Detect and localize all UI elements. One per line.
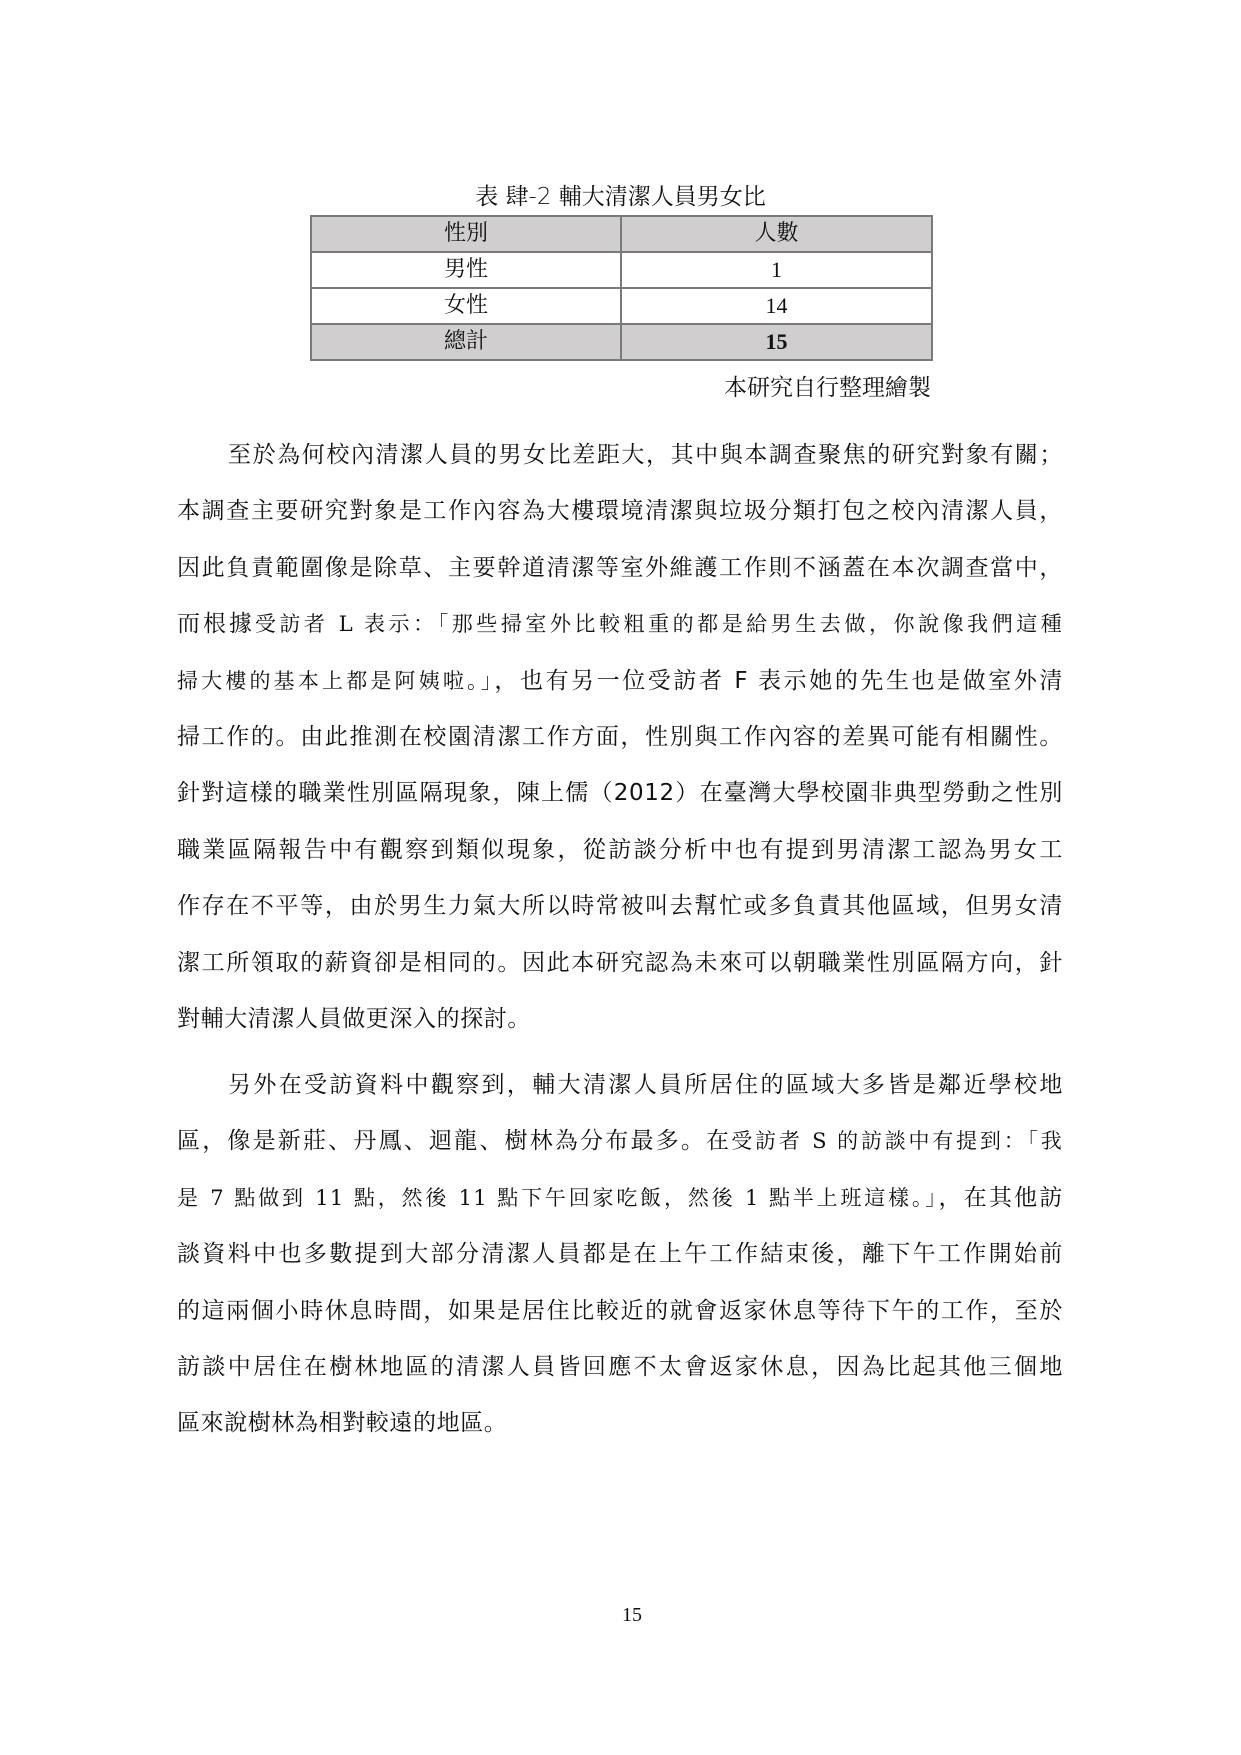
cell-count: 1 — [621, 252, 932, 288]
interview-quote: 受訪者 L 表示：「那些掃室外比較粗重的都是給男生去做，你說像我們這種 — [255, 612, 1063, 636]
table-row: 女性 14 — [311, 288, 932, 324]
cell-gender: 男性 — [311, 252, 621, 288]
text-segment: 對輔大清潔人員做更深入的探討。 — [177, 1006, 531, 1032]
text-line: 訪談中居住在樹林地區的清潔人員皆回應不太會返家休息，因為比起其他三個地 — [177, 1339, 1063, 1395]
text-segment: 潔工所領取的薪資卻是相同的。因此本研究認為未來可以朝職業性別區隔方向，針 — [177, 950, 1063, 976]
page-number: 15 — [600, 1600, 664, 1630]
text-segment: 作存在不平等，由於男生力氣大所以時常被叫去幫忙或多負責其他區域，但男女清 — [177, 893, 1063, 919]
text-line: 掃工作的。由此推測在校園清潔工作方面，性別與工作內容的差異可能有相關性。 — [177, 709, 1063, 765]
header-count: 人數 — [621, 216, 932, 252]
text-line: 是 7 點做到 11 點，然後 11 點下午回家吃飯，然後 1 點半上班這樣。」… — [177, 1170, 1063, 1226]
text-line: 談資料中也多數提到大部分清潔人員都是在上午工作結束後，離下午工作開始前 — [177, 1226, 1063, 1282]
text-line: 的這兩個小時休息時間，如果是居住比較近的就會返家休息等待下午的工作，至於 — [177, 1283, 1063, 1339]
text-segment: 掃工作的。由此推測在校園清潔工作方面，性別與工作內容的差異可能有相關性。 — [177, 724, 1063, 750]
text-line: 而根據受訪者 L 表示：「那些掃室外比較粗重的都是給男生去做，你說像我們這種 — [177, 596, 1063, 652]
text-segment: 針對這樣的職業性別區隔現象，陳上儒（2012）在臺灣大學校園非典型勞動之性別 — [177, 780, 1063, 806]
text-segment: 而根據 — [177, 611, 255, 637]
table-row: 男性 1 — [311, 252, 932, 288]
total-count: 15 — [621, 324, 932, 360]
text-segment: 區來說樹林為相對較遠的地區。 — [177, 1410, 507, 1436]
table-caption: 表 肆-2 輔大清潔人員男女比 — [310, 180, 931, 214]
text-segment: 的這兩個小時休息時間，如果是居住比較近的就會返家休息等待下午的工作，至於 — [177, 1298, 1063, 1324]
document-page: 表 肆-2 輔大清潔人員男女比 性別 人數 男性 1 女性 14 總計 15 本… — [0, 0, 1241, 1755]
text-line: 因此負責範圍像是除草、主要幹道清潔等室外維護工作則不涵蓋在本次調查當中， — [177, 540, 1063, 596]
text-segment: 區，像是新莊、丹鳳、迴龍、樹林為分布最多。在 — [177, 1128, 731, 1154]
text-line: 區，像是新莊、丹鳳、迴龍、樹林為分布最多。在受訪者 S 的訪談中有提到：「我 — [177, 1113, 1063, 1169]
text-segment: 因此負責範圍像是除草、主要幹道清潔等室外維護工作則不涵蓋在本次調查當中， — [177, 555, 1063, 581]
text-line: 至於為何校內清潔人員的男女比差距大，其中與本調查聚焦的研究對象有關； — [177, 427, 1063, 483]
text-segment: 至於為何校內清潔人員的男女比差距大，其中與本調查聚焦的研究對象有關； — [228, 442, 1063, 468]
interview-quote: 受訪者 S 的訪談中有提到：「我 — [731, 1129, 1063, 1153]
text-segment: 談資料中也多數提到大部分清潔人員都是在上午工作結束後，離下午工作開始前 — [177, 1241, 1063, 1267]
text-segment: 訪談中居住在樹林地區的清潔人員皆回應不太會返家休息，因為比起其他三個地 — [177, 1354, 1063, 1380]
text-segment: 職業區隔報告中有觀察到類似現象，從訪談分析中也有提到男清潔工認為男女工 — [177, 837, 1063, 863]
text-line: 作存在不平等，由於男生力氣大所以時常被叫去幫忙或多負責其他區域，但男女清 — [177, 878, 1063, 934]
text-line: 針對這樣的職業性別區隔現象，陳上儒（2012）在臺灣大學校園非典型勞動之性別 — [177, 765, 1063, 821]
cell-gender: 女性 — [311, 288, 621, 324]
text-line: 另外在受訪資料中觀察到，輔大清潔人員所居住的區域大多皆是鄰近學校地 — [177, 1057, 1063, 1113]
header-gender: 性別 — [311, 216, 621, 252]
text-line: 本調查主要研究對象是工作內容為大樓環境清潔與垃圾分類打包之校內清潔人員， — [177, 483, 1063, 539]
cell-count: 14 — [621, 288, 932, 324]
table-source-note: 本研究自行整理繪製 — [600, 370, 931, 406]
table-total-row: 總計 15 — [311, 324, 932, 360]
total-label: 總計 — [311, 324, 621, 360]
paragraph-residence: 另外在受訪資料中觀察到，輔大清潔人員所居住的區域大多皆是鄰近學校地區，像是新莊、… — [177, 1057, 1063, 1452]
text-segment: ，在其他訪 — [939, 1185, 1063, 1211]
text-segment: 另外在受訪資料中觀察到，輔大清潔人員所居住的區域大多皆是鄰近學校地 — [228, 1072, 1063, 1098]
text-line: 掃大樓的基本上都是阿姨啦。」，也有另一位受訪者 F 表示她的先生也是做室外清 — [177, 653, 1063, 709]
paragraph-gender-ratio: 至於為何校內清潔人員的男女比差距大，其中與本調查聚焦的研究對象有關；本調查主要研… — [177, 427, 1063, 1047]
interview-quote: 是 7 點做到 11 點，然後 11 點下午回家吃飯，然後 1 點半上班這樣。」 — [177, 1186, 939, 1210]
text-line: 區來說樹林為相對較遠的地區。 — [177, 1395, 1063, 1451]
text-line: 職業區隔報告中有觀察到類似現象，從訪談分析中也有提到男清潔工認為男女工 — [177, 822, 1063, 878]
text-line: 對輔大清潔人員做更深入的探討。 — [177, 991, 1063, 1047]
interview-quote: 掃大樓的基本上都是阿姨啦。」 — [177, 669, 494, 693]
text-line: 潔工所領取的薪資卻是相同的。因此本研究認為未來可以朝職業性別區隔方向，針 — [177, 935, 1063, 991]
table-header-row: 性別 人數 — [311, 216, 932, 252]
text-segment: 本調查主要研究對象是工作內容為大樓環境清潔與垃圾分類打包之校內清潔人員， — [177, 498, 1063, 524]
gender-ratio-table: 性別 人數 男性 1 女性 14 總計 15 — [310, 215, 933, 361]
text-segment: ，也有另一位受訪者 F 表示她的先生也是做室外清 — [494, 668, 1063, 694]
